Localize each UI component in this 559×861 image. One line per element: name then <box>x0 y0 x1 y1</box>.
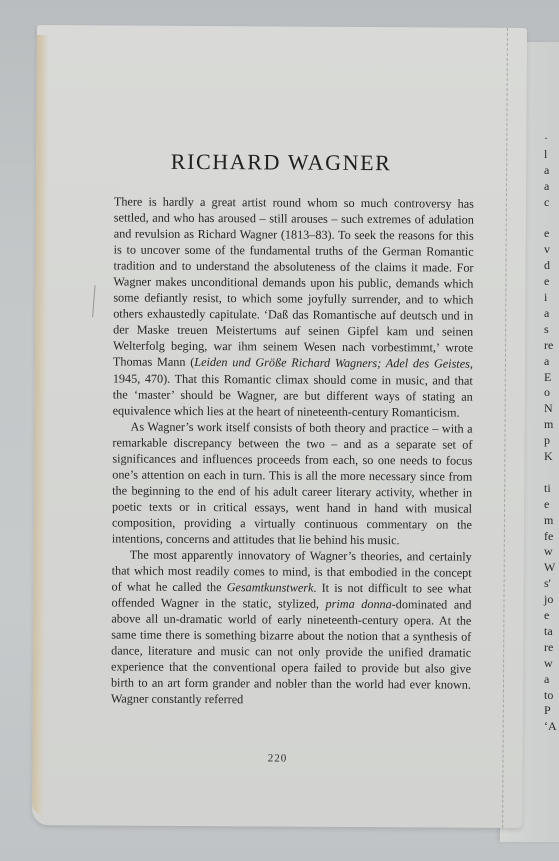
facing-page-fragment: s' <box>544 577 551 590</box>
body-text: There is hardly a great artist round who… <box>111 193 474 709</box>
facing-page-fragment: e <box>544 275 549 288</box>
facing-page-fragment: w <box>544 657 553 670</box>
page-gutter-stitching <box>502 28 509 828</box>
facing-page-fragment: s <box>544 323 549 336</box>
facing-page-fragment: ti <box>544 482 551 495</box>
facing-page-fragment: a <box>544 673 549 686</box>
facing-page-fragment: d <box>544 259 550 272</box>
facing-page-fragment: i <box>544 291 547 304</box>
facing-page-fragment: K <box>544 450 553 463</box>
facing-page-fragment: e <box>544 609 549 622</box>
paragraph-3: The most apparently innovatory of Wagner… <box>111 546 472 709</box>
text-segment: There is hardly a great artist round who… <box>113 194 474 369</box>
facing-page-fragment: ‘A <box>544 720 557 733</box>
facing-page-fragment: re <box>544 339 553 352</box>
facing-page-fragment: l <box>544 148 547 161</box>
chapter-title: RICHARD WAGNER <box>36 148 526 177</box>
facing-page-fragment: w <box>544 545 553 558</box>
facing-page-fragment: m <box>544 514 553 527</box>
facing-page-fragment: e <box>544 227 549 240</box>
facing-page-fragment: ta <box>544 625 553 638</box>
paragraph-2: As Wagner’s work itself consists of both… <box>112 418 473 549</box>
facing-page-fragment: E <box>544 371 551 384</box>
text-segment: -dominated and above all un-dramatic wor… <box>111 597 472 706</box>
facing-page-fragment: o <box>544 386 550 399</box>
text-segment-italic: prima donna <box>326 597 392 611</box>
facing-page-fragment: · <box>544 132 548 145</box>
book-page: RICHARD WAGNER There is hardly a great a… <box>32 25 527 828</box>
facing-page-fragment: m <box>544 418 553 431</box>
facing-page-fragment: c <box>544 196 549 209</box>
facing-page-fragment: a <box>544 355 549 368</box>
facing-page-fragment: W <box>544 561 555 574</box>
facing-page-fragment: a <box>544 180 549 193</box>
facing-page-fragment: to <box>544 689 553 702</box>
text-segment: As Wagner’s work itself consists of both… <box>112 419 473 547</box>
facing-page-fragment: N <box>544 402 553 415</box>
paragraph-1: There is hardly a great artist round who… <box>113 193 474 420</box>
facing-page-fragment: a <box>544 164 549 177</box>
facing-page-fragment: re <box>544 641 553 654</box>
pencil-margin-mark <box>92 285 95 317</box>
text-segment-italic: Gesamtkunstwerk <box>227 580 314 595</box>
page-number: 220 <box>32 751 522 766</box>
facing-page-fragment: P <box>544 704 551 717</box>
facing-page-fragment: v <box>544 243 550 256</box>
facing-page-fragment: a <box>544 307 549 320</box>
facing-page-fragment: p <box>544 434 550 447</box>
text-segment-italic: Leiden und Größe Richard Wagners; Adel d… <box>194 355 470 371</box>
facing-page-fragment: jo <box>544 593 553 606</box>
facing-page-fragment: fe <box>544 530 553 543</box>
facing-page-fragment: e <box>544 498 549 511</box>
